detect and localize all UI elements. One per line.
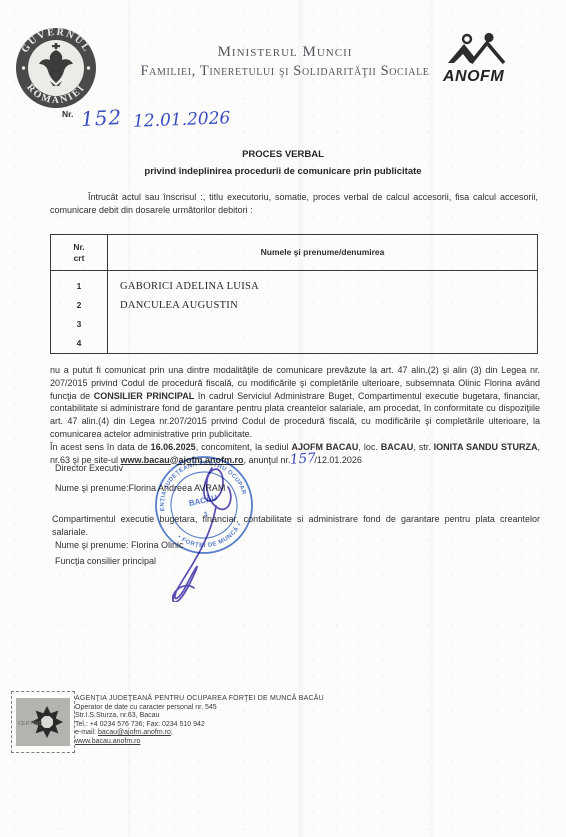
table-header-name: Numele şi prenume/denumirea [108,235,537,271]
director-title: Director Executiv [55,463,123,473]
ministry-header: Ministerul Muncii Familiei, Tineretului … [110,44,460,80]
anofm-logo-icon: ANOFM [440,31,512,87]
footer-email-link: bacau@ajofm.anofm.ro [98,729,171,736]
ministry-line1: Ministerul Muncii [110,44,460,61]
legal-text: /12.01.2026 [314,455,362,465]
legal-paragraph: nu a putut fi comunicat prin una dintre … [50,364,540,466]
handwritten-registration-number: 152 [81,105,123,131]
table-row-numbers: 1 2 3 4 [51,271,107,353]
table-row-name: GABORICI ADELINA LUISA [120,277,537,296]
svg-text:ANOFM: ANOFM [442,68,504,85]
document-title: PROCES VERBAL [0,149,566,160]
table-row-number: 2 [51,296,107,315]
department-paragraph: Compartimentul executie bugetara, financ… [52,513,540,539]
government-seal-icon: GUVERNUL ROMÂNIEI [14,26,98,110]
table-name-cells: GABORICI ADELINA LUISA DANCULEA AUGUSTIN [108,271,537,353]
handwritten-registration-date: 12.01.2026 [132,108,230,131]
legal-text: , loc. [358,442,380,452]
officer-name: Nume şi prenume: Florina Olinic [55,540,184,550]
footer-operator-line: Operator de date cu caracter personal nr… [75,704,375,713]
debtors-table: Nr. crt 1 2 3 4 Numele şi prenume/denumi… [50,234,538,354]
table-row-name [120,334,537,353]
legal-text: , str. [413,442,433,452]
footer-email-line: e-mail: bacau@ajofm.anofm.ro; [75,729,375,738]
table-row-number: 3 [51,315,107,334]
table-col-nr: Nr. crt 1 2 3 4 [51,235,108,353]
officer-function: Funcţia consilier principal [55,556,156,566]
header-nr-line1: Nr. [73,242,84,253]
footer-agency-name: AGENŢIA JUDEŢEANĂ PENTRU OCUPAREA FORŢEI… [75,695,375,704]
intro-paragraph: Întrucât actul sau înscrisul :, titlu ex… [50,191,538,217]
certification-logo-box: CERTIND [11,691,75,753]
legal-text-bold: CONSILIER PRINCIPAL [94,391,194,401]
footer-address-line: Str.I.S.Sturza, nr.63, Bacau [75,712,375,721]
table-row-name: DANCULEA AUGUSTIN [120,296,537,315]
legal-text: În acest sens în data de [50,442,151,452]
table-col-names: Numele şi prenume/denumirea GABORICI ADE… [108,235,537,353]
ministry-line2: Familiei, Tineretului şi Solidarităţii S… [110,63,460,80]
certind-logo-icon: CERTIND [16,698,70,746]
table-header-nr: Nr. crt [51,235,107,271]
footer-website-line: www.bacau.anofm.ro [75,738,375,747]
handwritten-announcement-number: 157 [290,458,316,460]
locality-name: BACAU [381,442,414,452]
footer-contact-block: AGENŢIA JUDEŢEANĂ PENTRU OCUPAREA FORŢEI… [75,695,375,747]
header-nr-line2: crt [73,253,84,264]
nr-label: Nr. [62,109,73,119]
table-row-number: 1 [51,277,107,296]
footer-email-suffix: ; [171,729,173,736]
document-subtitle: privind îndeplinirea procedurii de comun… [0,166,566,177]
table-row-name [120,315,537,334]
footer-phone-line: Tel.: +4 0234 576 736; Fax: 0234 510 942 [75,721,375,730]
street-name: IONITA SANDU STURZA [434,442,538,452]
publication-date: 16.06.2025 [151,442,196,452]
scanned-document-page: GUVERNUL ROMÂNIEI Ministerul Muncii Fami… [0,0,566,837]
svg-text:CERTIND: CERTIND [18,721,42,727]
registration-line: Nr.15212.01.2026 [62,106,230,130]
table-row-number: 4 [51,334,107,353]
footer-email-label: e-mail: [75,729,98,736]
